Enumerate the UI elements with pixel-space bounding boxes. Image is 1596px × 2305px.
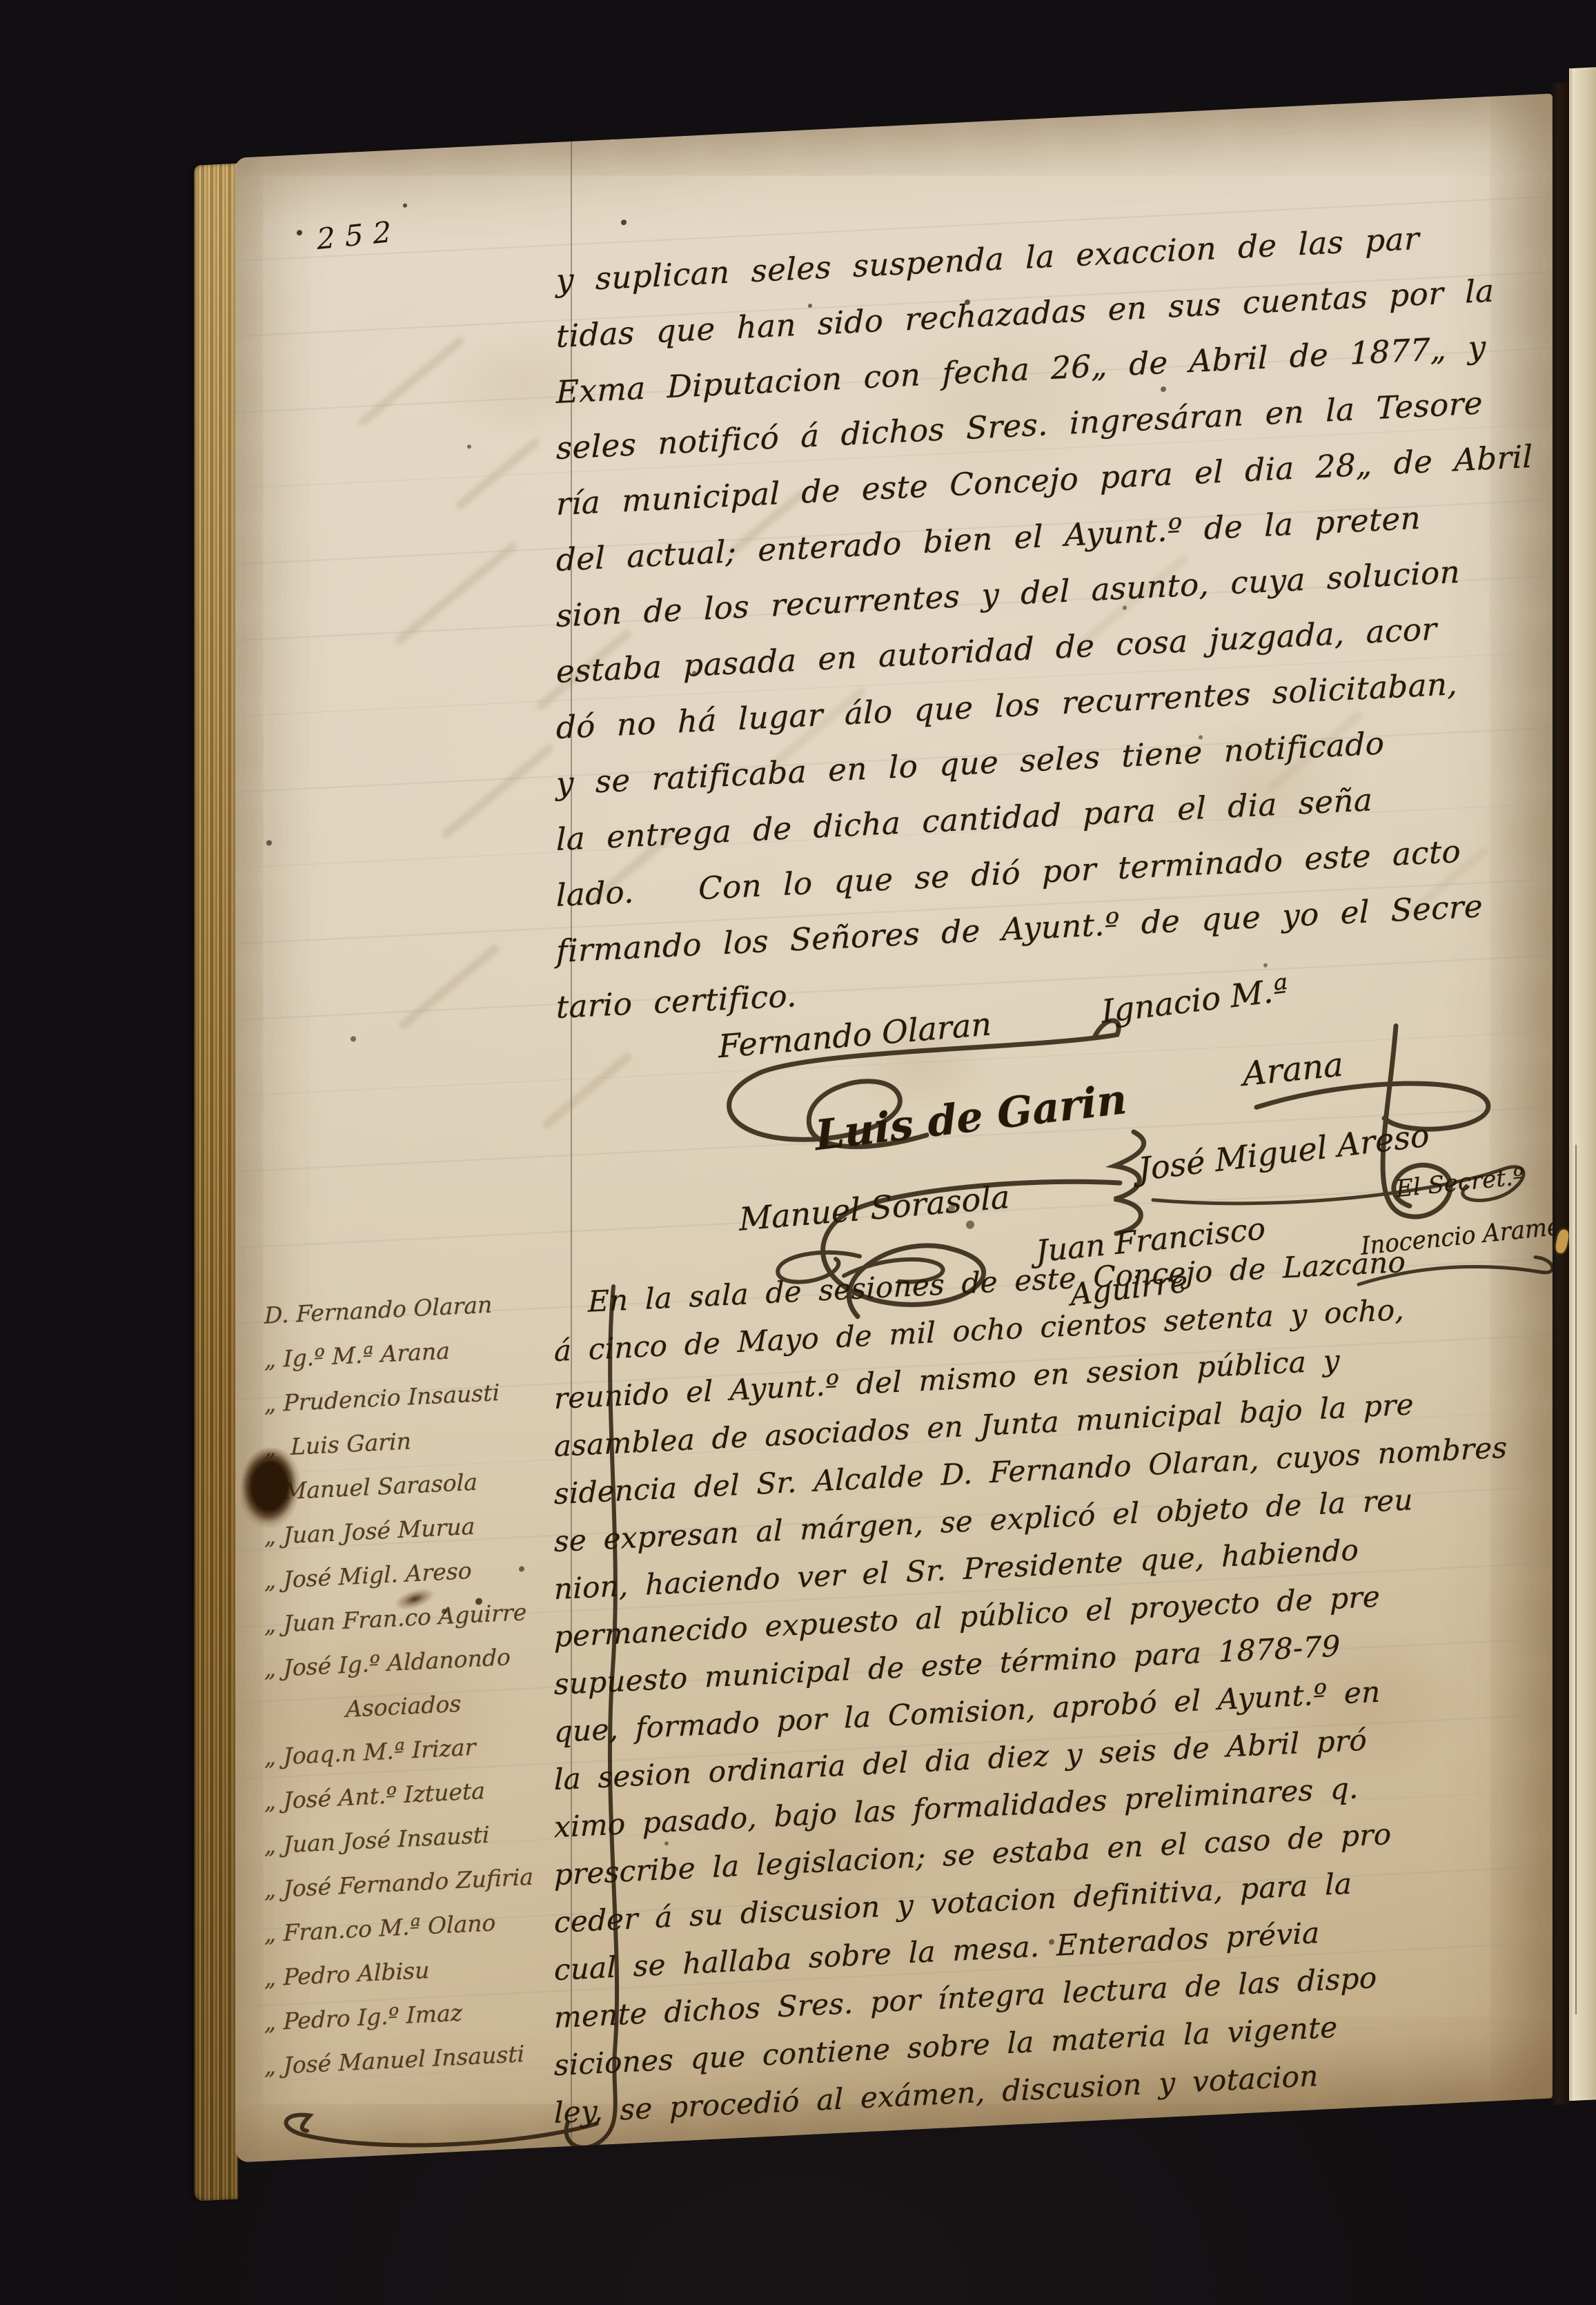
book-gutter <box>1551 82 1570 2105</box>
book: 252 y suplican seles suspenda la exaccio… <box>190 100 1596 2226</box>
gilt-page-edges <box>194 164 238 2201</box>
next-page-ink-fragments <box>1569 67 1581 73</box>
manuscript-page: 252 y suplican seles suspenda la exaccio… <box>235 93 1553 2162</box>
page-warp: 252 y suplican seles suspenda la exaccio… <box>190 31 1596 2226</box>
next-page-rule-line <box>1575 1145 1577 2014</box>
paragraph-2: En la sala de sesiones de este Concejo d… <box>554 1231 1541 2137</box>
paragraph-1: y suplican seles suspenda la exaccion de… <box>556 205 1536 1035</box>
gilt-fleck <box>1555 1229 1570 1254</box>
margin-attendee-list: D. Fernando Olaran „ Ig.º M.ª Arana „ Pr… <box>264 1279 575 2089</box>
next-page-sliver <box>1569 67 1596 2101</box>
archival-photo: 252 y suplican seles suspenda la exaccio… <box>0 0 1596 2305</box>
